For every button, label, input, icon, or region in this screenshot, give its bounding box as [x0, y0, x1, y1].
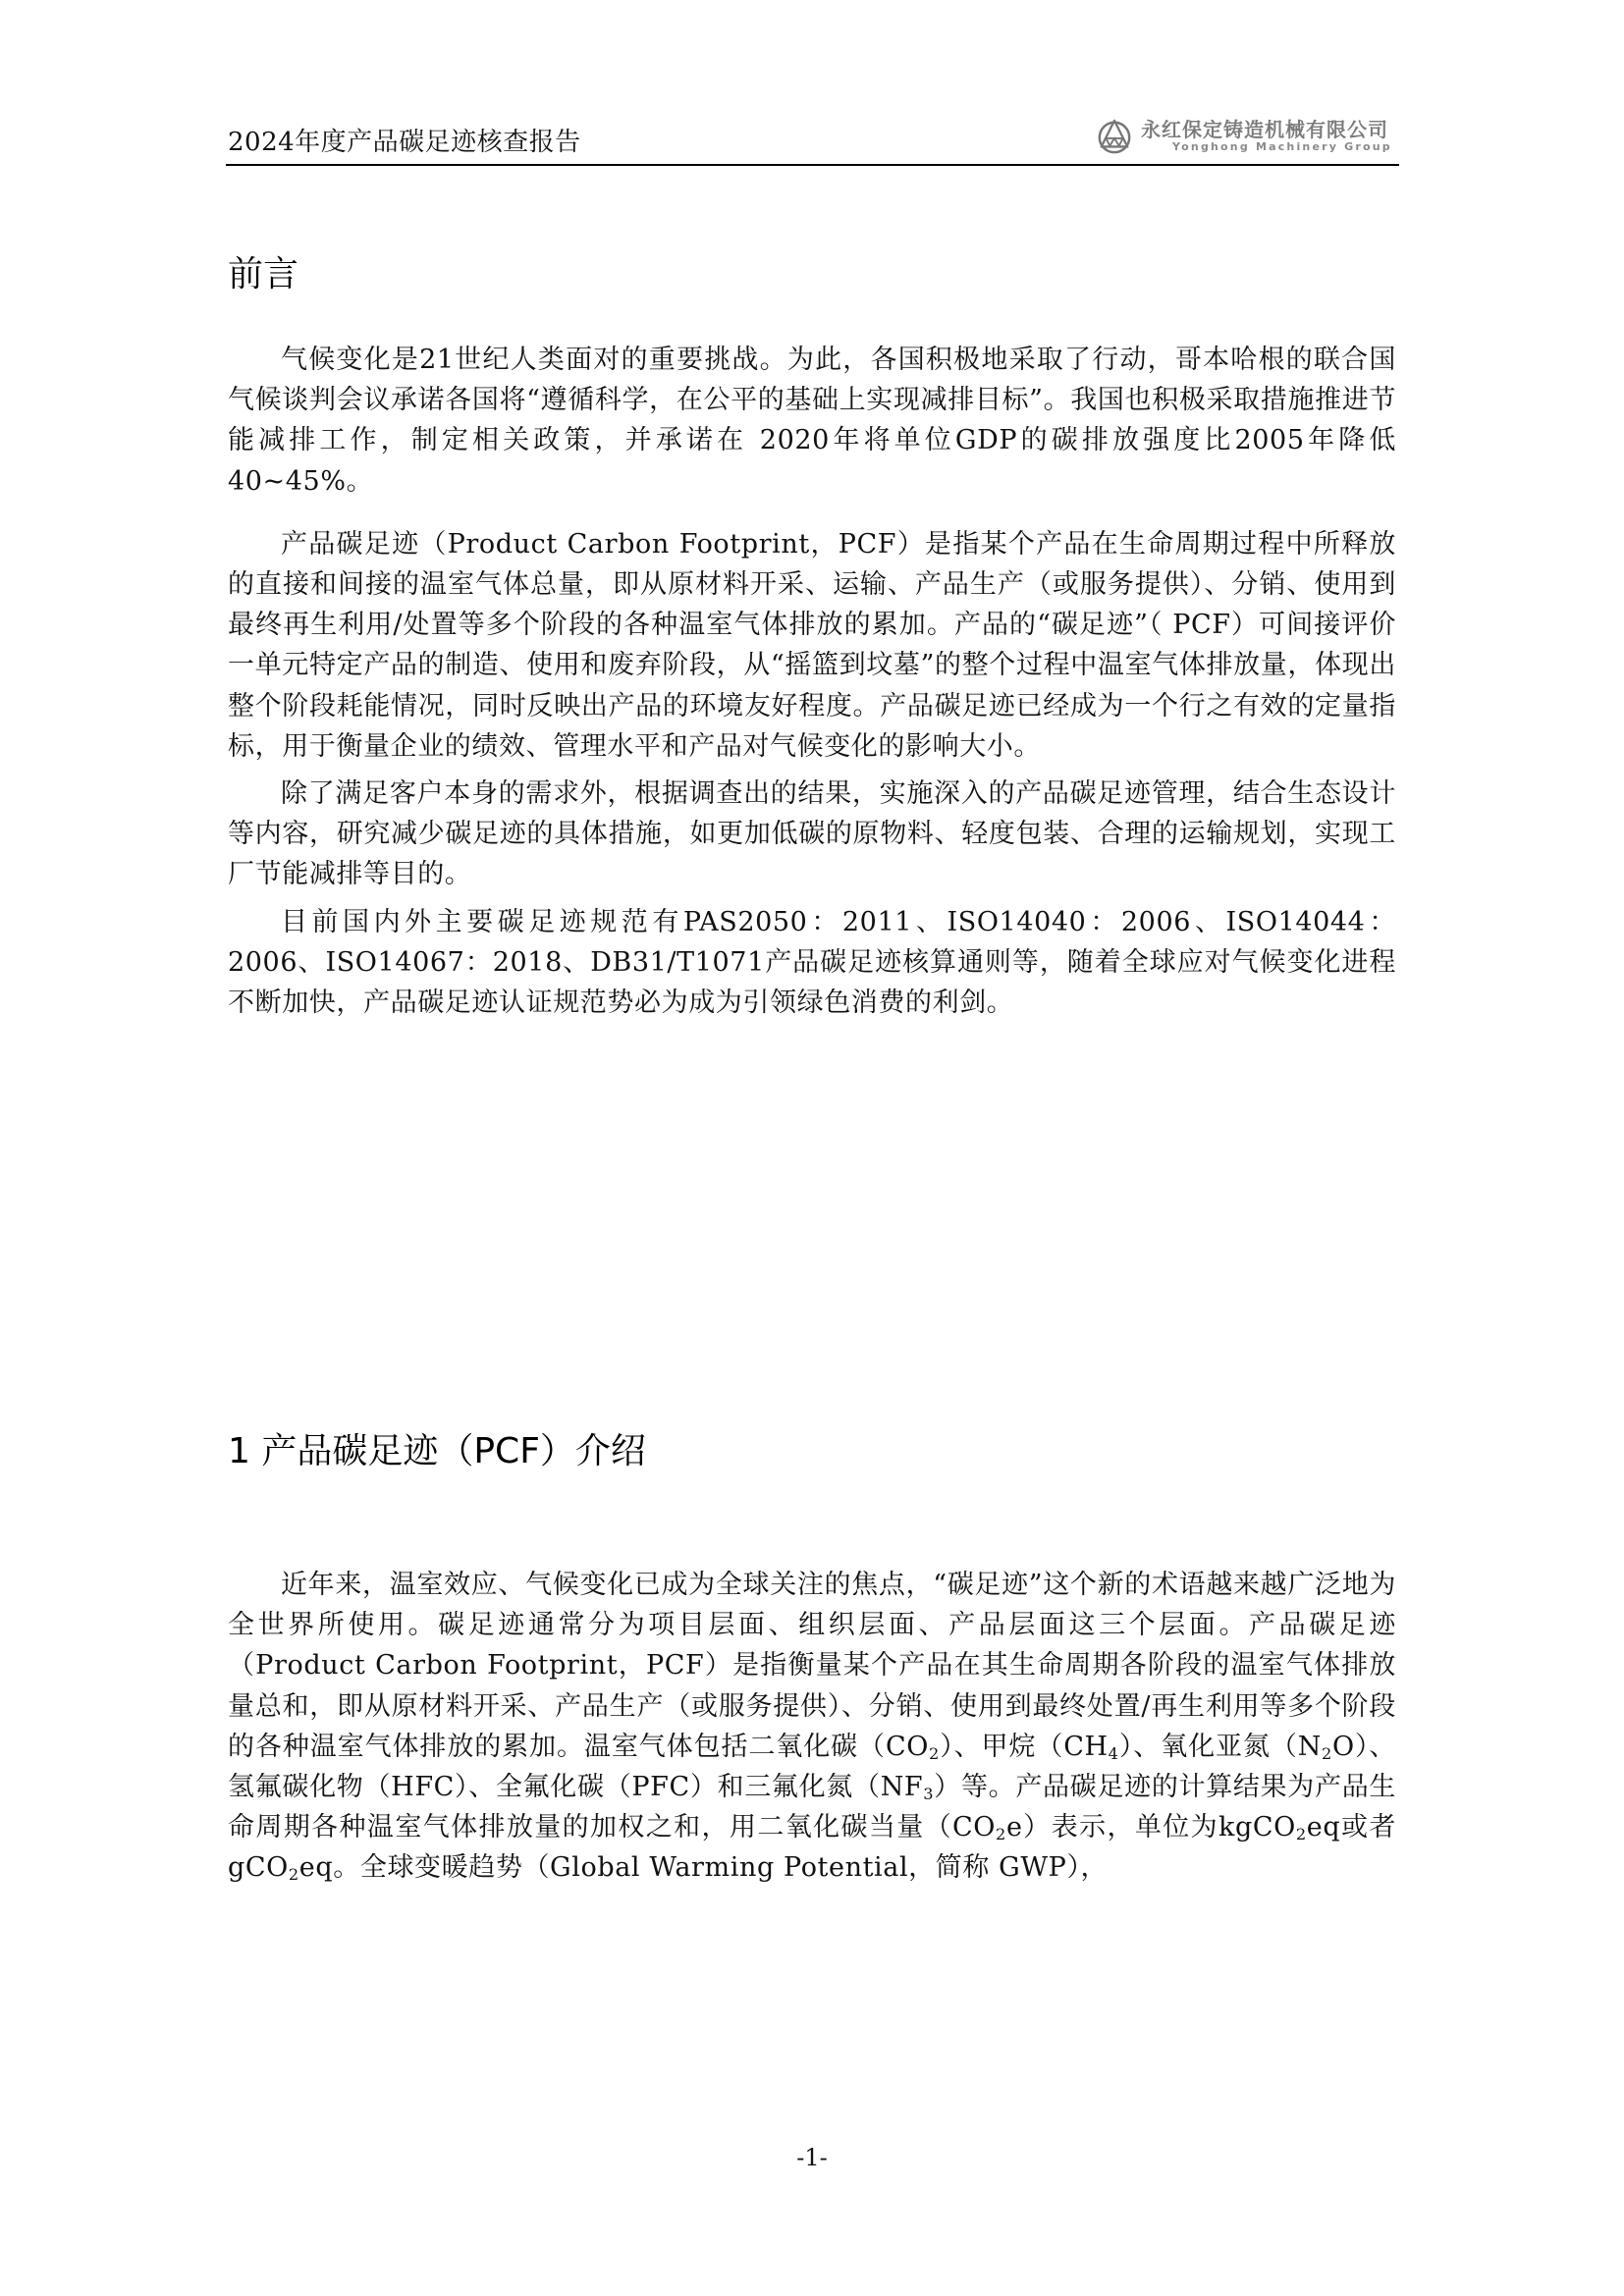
- subscript: 3: [923, 1785, 934, 1803]
- section-heading-preface: 前言: [228, 253, 298, 296]
- company-logo-icon: [1096, 118, 1133, 155]
- company-name-cn: 永红保定铸造机械有限公司: [1141, 119, 1392, 140]
- subscript: 4: [1109, 1744, 1119, 1763]
- section-heading-pcf-intro: 1 产品碳足迹（PCF）介绍: [228, 1430, 646, 1473]
- company-logo: 永红保定铸造机械有限公司 Yonghong Machinery Group: [1096, 113, 1392, 160]
- header-divider: [226, 164, 1399, 166]
- text: ）、甲烷（CH: [940, 1732, 1109, 1762]
- document-page: 2024年度产品碳足迹核查报告 永红保定铸造机械有限公司 Yonghong Ma…: [0, 0, 1624, 2296]
- pcf-intro-body: 近年来，温室效应、气候变化已成为全球关注的焦点，“碳足迹”这个新的术语越来越广泛…: [228, 1565, 1396, 1889]
- text: eq。全球变暖趋势（Global Warming Potential，简称 GW…: [299, 1852, 1108, 1883]
- paragraph: 除了满足客户本身的需求外，根据调查出的结果，实施深入的产品碳足迹管理，结合生态设…: [228, 774, 1396, 895]
- paragraph: 产品碳足迹（Product Carbon Footprint，PCF）是指某个产…: [228, 524, 1396, 767]
- page-number: -1-: [0, 2144, 1624, 2171]
- preface-body: 气候变化是21世纪人类面对的重要挑战。为此，各国积极地采取了行动，哥本哈根的联合…: [228, 340, 1396, 1023]
- paragraph: 目前国内外主要碳足迹规范有PAS2050：2011、ISO14040：2006、…: [228, 902, 1396, 1024]
- subscript: 2: [996, 1825, 1006, 1843]
- paragraph: 近年来，温室效应、气候变化已成为全球关注的焦点，“碳足迹”这个新的术语越来越广泛…: [228, 1565, 1396, 1889]
- subscript: 2: [289, 1865, 299, 1884]
- subscript: 2: [1296, 1825, 1307, 1843]
- company-name-en: Yonghong Machinery Group: [1172, 140, 1392, 154]
- paragraph: 气候变化是21世纪人类面对的重要挑战。为此，各国积极地采取了行动，哥本哈根的联合…: [228, 340, 1396, 502]
- report-title: 2024年度产品碳足迹核查报告: [228, 126, 581, 159]
- text: e）表示，单位为kgCO: [1006, 1812, 1296, 1842]
- text: 温室气体包括二氧化碳（CO: [584, 1732, 929, 1762]
- subscript: 2: [929, 1744, 940, 1763]
- text: ）、氧化亚氮（N: [1119, 1732, 1322, 1762]
- subscript: 2: [1322, 1744, 1332, 1763]
